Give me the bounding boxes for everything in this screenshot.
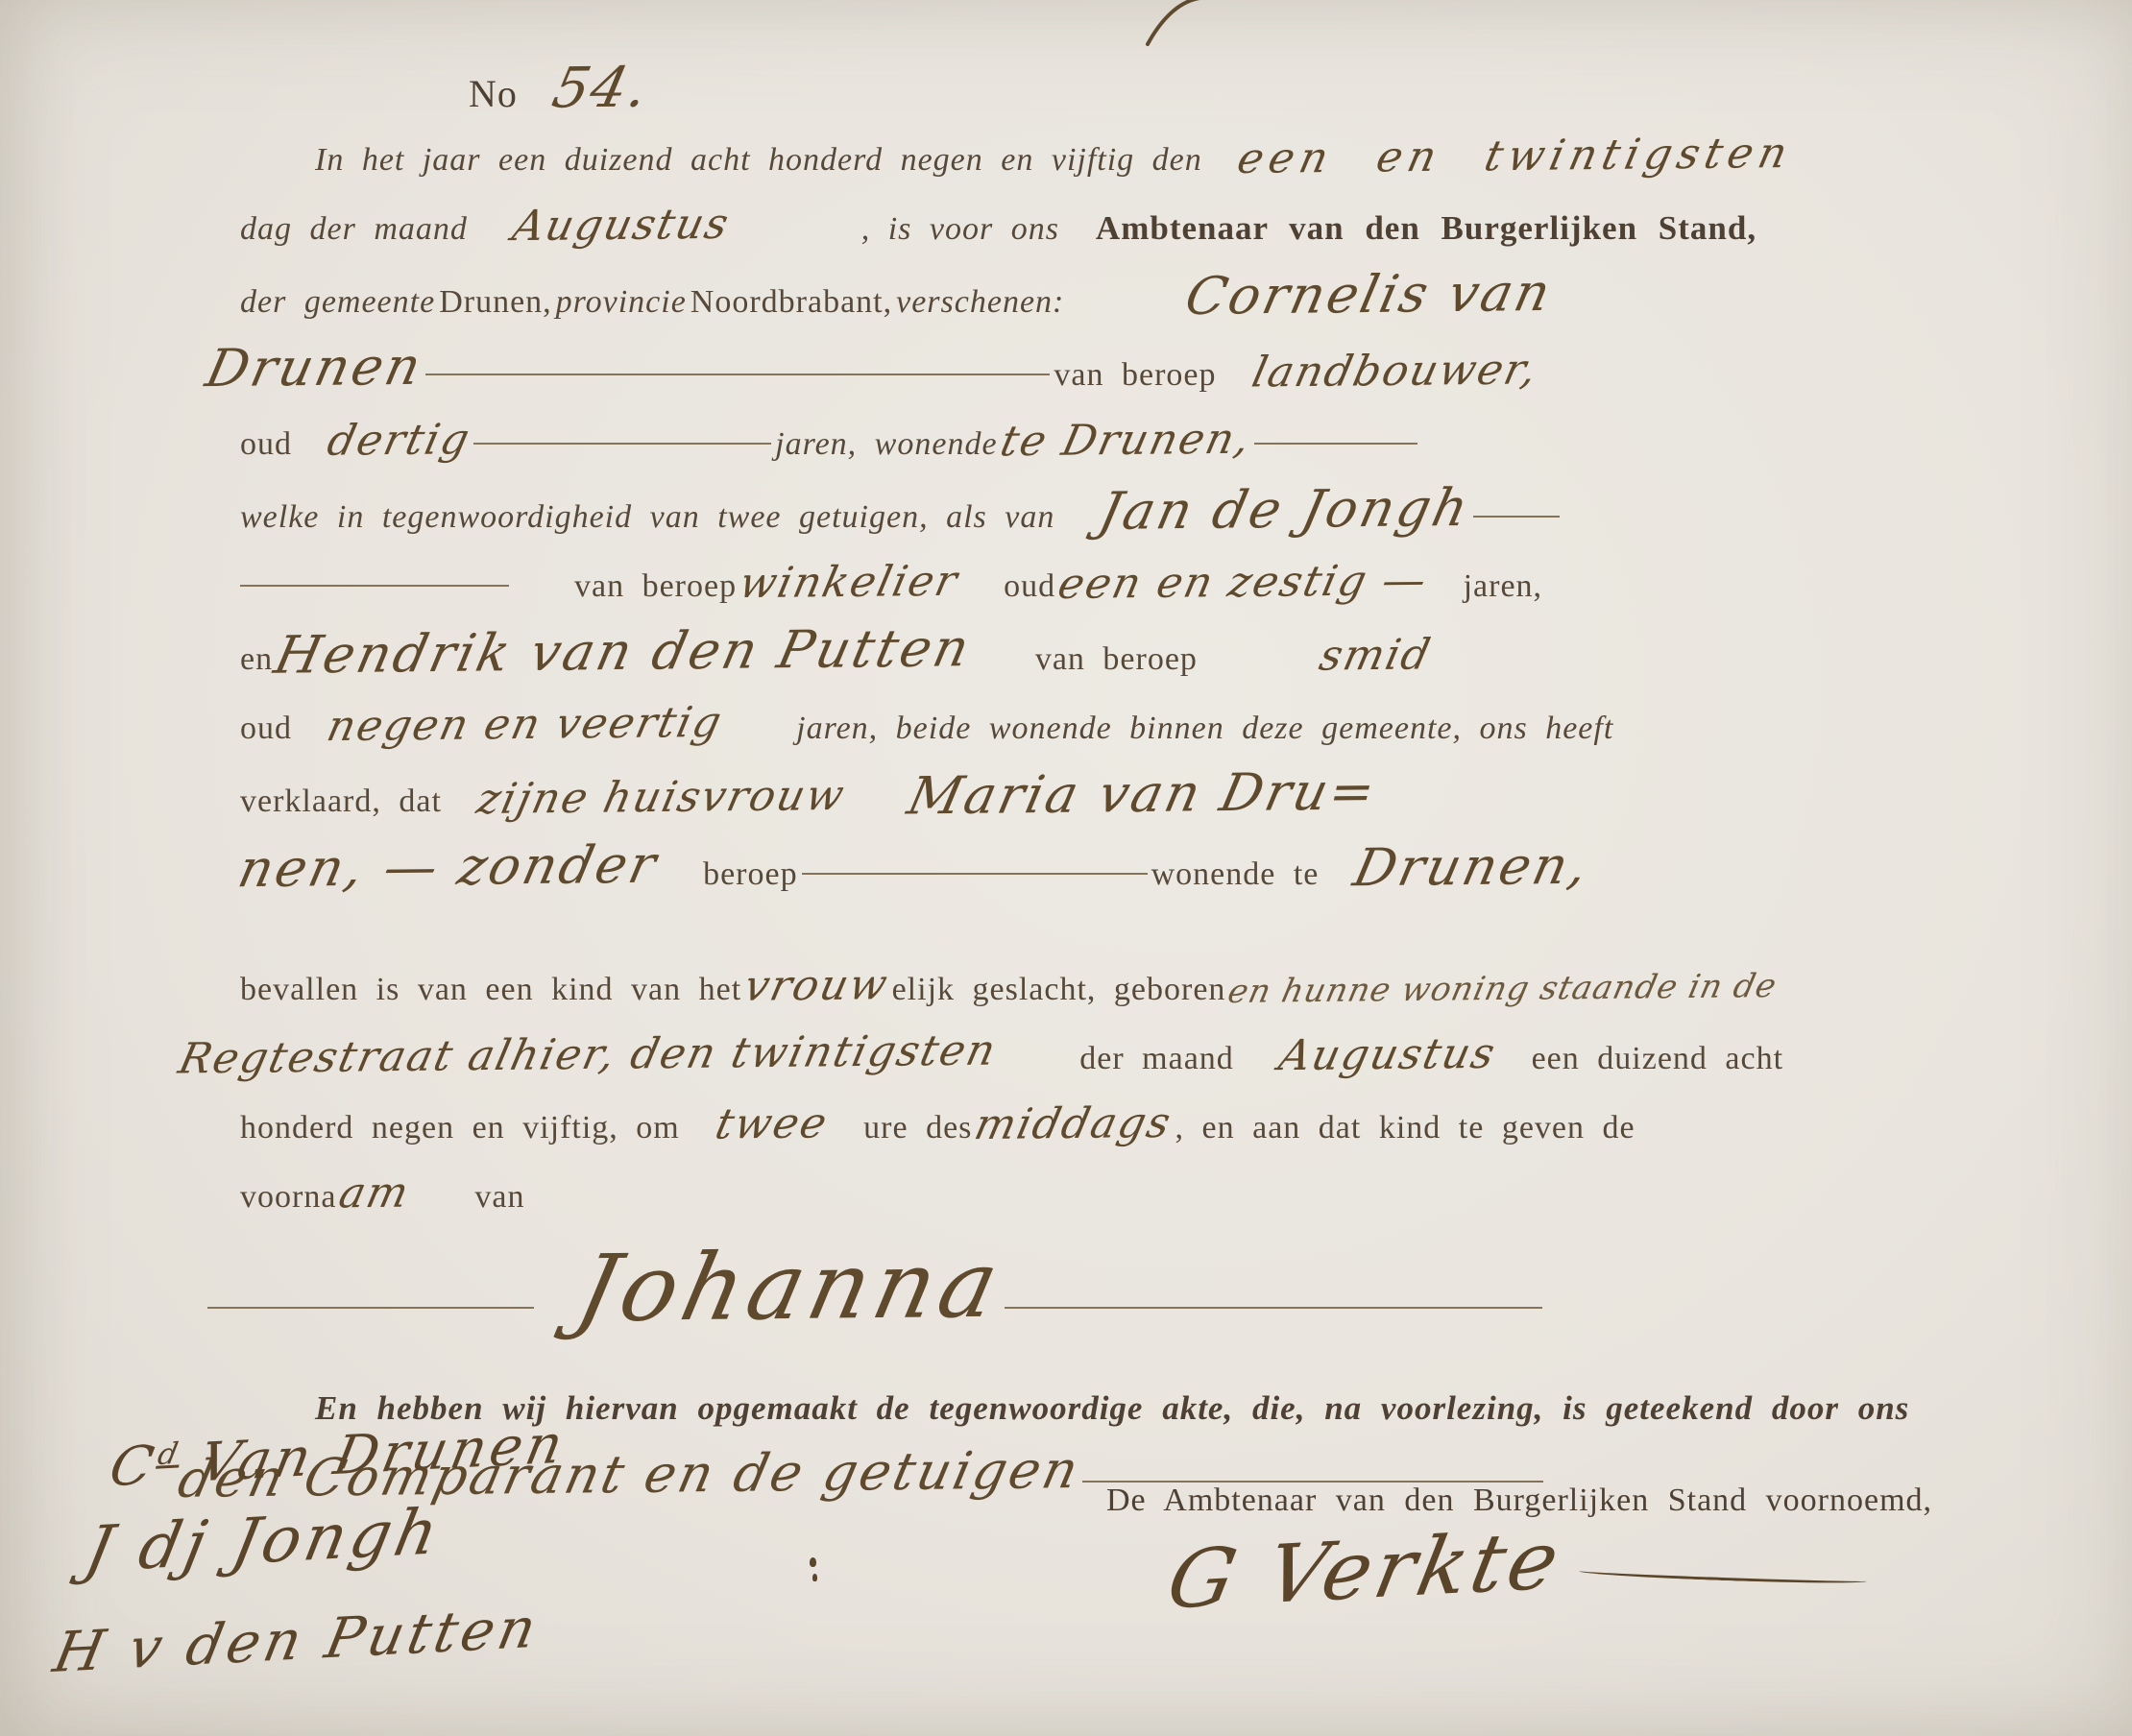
record-number-label: No — [469, 72, 518, 115]
hand-witness1-occupation: winkelier — [734, 552, 964, 614]
blank-rule — [1254, 439, 1417, 445]
declarant-signature-initial: C — [105, 1435, 162, 1499]
hand-witness1-name: Jan de Jongh — [1094, 478, 1476, 542]
declarant-signature: Cd Van Drunen — [113, 1425, 563, 1487]
hand-declarant-name-1: Cornelis van — [1180, 263, 1559, 326]
printed-occupation-label-2: van beroep — [574, 568, 737, 604]
hand-declarant-residence: te Drunen, — [994, 410, 1256, 472]
printed-declared-label: verklaard, dat — [240, 784, 442, 819]
record-number-value: 54. — [546, 53, 656, 121]
witness2-signature: H v den Putten — [58, 1607, 536, 1673]
printed-years-residing: jaren, wonende — [775, 426, 997, 462]
declarant-signature-rest: Van Drunen — [173, 1413, 571, 1496]
birth-certificate-page: No 54. In het jaar een duizend acht hond… — [0, 0, 2132, 1736]
printed-witnesses-intro: welke in tegenwoordigheid van twee getui… — [240, 499, 1054, 535]
line-firstname-label: voorna am van — [240, 1164, 1998, 1233]
printed-age-label-1: oud — [240, 426, 292, 462]
witness1-signature: J dj Jongh — [88, 1504, 439, 1579]
printed-municipality-label: der gemeente — [240, 284, 435, 320]
printed-firstname-label-1: voorna — [240, 1179, 336, 1215]
hand-birth-hour: twee — [710, 1094, 834, 1154]
line-declarant-age: oud dertig jaren, wonende te Drunen, — [240, 411, 1998, 480]
printed-witnesses-residing: jaren, beide wonende binnen deze gemeent… — [796, 711, 1613, 746]
printed-born-intro: bevallen is van een kind van het — [240, 972, 741, 1007]
line-birth: bevallen is van een kind van het vrouw e… — [240, 956, 1998, 1025]
hand-declarant-name-2: Drunen — [201, 337, 429, 398]
printed-opening: In het jaar een duizend acht honderd neg… — [315, 142, 1202, 178]
blank-rule — [1005, 1303, 1542, 1309]
line-municipality: der gemeente Drunen, provincie Noordbrab… — [240, 265, 1998, 338]
printed-years-label: jaren, — [1464, 568, 1542, 604]
printed-before-official: , is voor ons — [861, 211, 1059, 247]
line-birth-street: Regtestraat alhier, den twintigsten der … — [181, 1025, 1998, 1095]
hand-day-part: middags — [969, 1094, 1177, 1155]
line-witness2-age: oud negen en veertig jaren, beide wonend… — [240, 695, 1998, 764]
official-caption: De Ambtenaar van den Burgerlijken Stand … — [1106, 1483, 1932, 1519]
stray-pen-stroke — [1138, 0, 1205, 46]
line-witness2: en Hendrik van den Putten van beroep smi… — [240, 622, 1998, 695]
line-declarant-surname: Drunen van beroep landbouwer, — [207, 338, 1998, 411]
printed-occupation-label-3: van beroep — [1035, 641, 1198, 677]
hand-child-name: Johanna — [568, 1231, 1013, 1343]
hand-birth-street-day: Regtestraat alhier, den twintigsten — [173, 1022, 1003, 1090]
signature-block: Cd Van Drunen J dj Jongh H v den Putten … — [0, 1419, 2132, 1736]
hand-witness2-age: negen en veertig — [322, 693, 729, 757]
line-year: In het jaar een duizend acht honderd neg… — [315, 127, 1998, 196]
hand-mother-name-1: Maria van Dru= — [902, 761, 1383, 826]
blank-rule — [802, 869, 1148, 875]
ink-blot — [810, 1557, 816, 1567]
record-number-line: No 54. — [469, 54, 1998, 127]
printed-year-part-1: een duizend acht — [1532, 1041, 1783, 1076]
hand-mother-name-2: nen, — zonder — [233, 835, 665, 900]
hand-firstname-fix: am — [334, 1164, 417, 1224]
blank-rule — [473, 439, 771, 445]
printed-occupation-label-1: van beroep — [1054, 357, 1216, 393]
hand-month: Augustus — [507, 195, 736, 256]
printed-gender-suffix: elijk geslacht, geboren — [892, 972, 1226, 1007]
hand-witness2-occupation: smid — [1314, 625, 1437, 686]
printed-age-label-3: oud — [240, 711, 292, 746]
printed-residing-at: wonende te — [1151, 856, 1320, 892]
line-witnesses-intro: welke in tegenwoordigheid van twee getui… — [240, 480, 1998, 553]
printed-occupation-label-4: beroep — [703, 856, 798, 892]
blank-rule — [207, 1303, 534, 1309]
line-witness1-details: van beroep winkelier oud een en zestig —… — [240, 553, 1998, 622]
blank-rule — [1473, 512, 1560, 518]
hand-declarant-age: dertig — [322, 410, 476, 471]
hand-birth-month: Augustus — [1273, 1025, 1502, 1086]
hand-witness1-age: een en zestig — — [1053, 551, 1434, 615]
printed-and-label: en — [240, 641, 273, 677]
printed-appeared-label: verschenen: — [896, 284, 1064, 320]
signature-flourish — [1579, 1567, 1867, 1585]
line-declaration: verklaard, dat zijne huisvrouw Maria van… — [240, 764, 1998, 837]
printed-firstname-label-2: van — [474, 1179, 524, 1215]
line-child-name: Johanna — [207, 1233, 1998, 1350]
hand-declarant-occupation: landbouwer, — [1246, 340, 1543, 402]
blank-rule — [240, 581, 509, 587]
printed-month-label-2: der maand — [1079, 1041, 1234, 1076]
printed-province-label: provincie — [556, 284, 687, 320]
printed-name-giving: , en aan dat kind te geven de — [1175, 1110, 1635, 1145]
printed-municipality-name: Drunen, — [439, 284, 551, 320]
official-signature: G Verkte — [1172, 1523, 1867, 1618]
hand-day-ordinal: een en twintigsten — [1231, 124, 1798, 189]
hand-birth-location: en hunne woning staande in de — [1223, 956, 1783, 1022]
hand-gender: vrouw — [739, 955, 894, 1017]
line-birth-time: honderd negen en vijftig, om twee ure de… — [240, 1095, 1998, 1164]
printed-hour-label: ure des — [863, 1110, 972, 1145]
printed-month-label: dag der maand — [240, 211, 468, 247]
printed-official-title: Ambtenaar van den Burgerlijken Stand, — [1096, 209, 1756, 247]
line-month: dag der maand Augustus , is voor ons Amb… — [240, 196, 1998, 265]
hand-witness2-name: Hendrik van den Putten — [269, 618, 977, 686]
hand-spouse-intro: zijne huisvrouw — [472, 766, 852, 830]
printed-age-label-2: oud — [1004, 568, 1055, 604]
printed-province-name: Noordbrabant, — [690, 284, 892, 320]
printed-year-part-2: honderd negen en vijftig, om — [240, 1110, 680, 1145]
line-mother-occupation: nen, — zonder beroep wonende te Drunen, — [240, 837, 1998, 910]
blank-rule — [425, 370, 1050, 375]
hand-mother-residence: Drunen, — [1348, 836, 1596, 899]
act-text: No 54. In het jaar een duizend acht hond… — [240, 54, 1998, 1518]
